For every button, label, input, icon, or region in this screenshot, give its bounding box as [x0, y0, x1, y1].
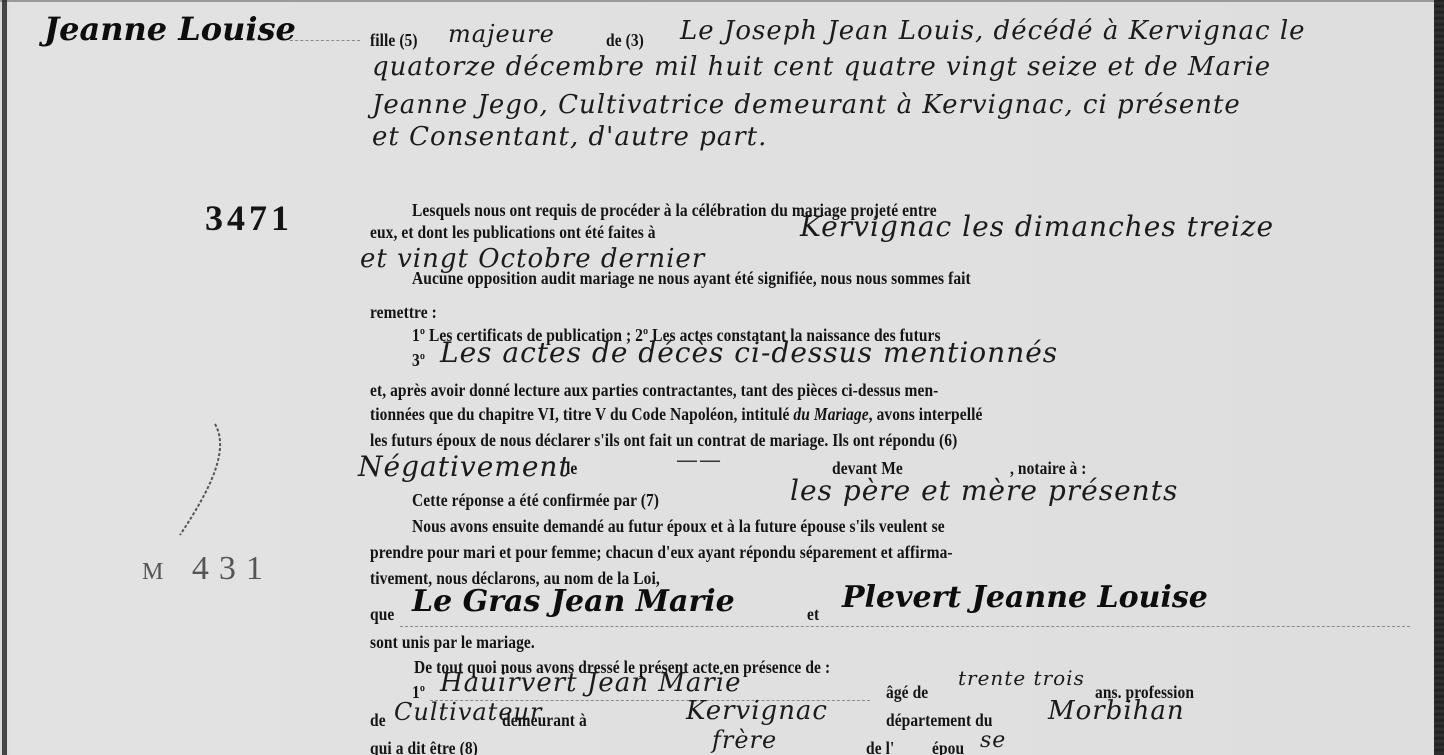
print-age-de: âgé de: [886, 682, 928, 703]
witness-name: Hauirvert Jean Marie: [440, 668, 741, 698]
page-binding-edge: [1434, 0, 1444, 755]
print-de-2: de: [370, 710, 386, 731]
print-line13: tionnées que du chapitre VI, titre V du …: [370, 404, 982, 425]
print-qui-a-dit: qui a dit être (8): [370, 738, 478, 755]
print-line13a: tionnées que du chapitre VI, titre V du …: [370, 404, 789, 424]
hand-line2: quatorze décembre mil huit cent quatre v…: [372, 52, 1271, 82]
print-et: et: [807, 604, 819, 625]
print-line18: prendre pour mari et pour femme; chacun …: [370, 542, 953, 563]
print-fille: fille (5): [370, 30, 418, 51]
print-epou: épou: [932, 738, 964, 755]
print-line8: Aucune opposition audit mariage ne nous …: [412, 268, 971, 289]
print-3o: 3º: [412, 350, 425, 371]
print-que: que: [370, 604, 394, 625]
hand-line4: et Consentant, d'autre part.: [372, 122, 767, 152]
archive-stamp: M 431: [142, 550, 273, 588]
left-margin-rule: [2, 0, 7, 755]
print-line17: Nous avons ensuite demandé au futur épou…: [412, 516, 945, 537]
witness-age: trente trois: [958, 666, 1085, 690]
hand-father: Le Joseph Jean Louis, décédé à Kervignac…: [680, 16, 1306, 46]
witness-department: Morbihan: [1048, 696, 1185, 726]
stamp-number: 431: [192, 550, 273, 587]
print-line12: et, après avoir donné lecture aux partie…: [370, 380, 938, 401]
witness-residence: Kervignac: [686, 696, 828, 726]
print-de-l: de l': [866, 738, 894, 755]
hand-line3: Jeanne Jego, Cultivatrice demeurant à Ke…: [372, 90, 1241, 120]
bride-name: Plevert Jeanne Louise: [842, 580, 1208, 615]
names-dotted-rule: [400, 626, 1410, 627]
stamp-prefix: M: [142, 559, 173, 585]
print-departement: département du: [886, 710, 993, 731]
print-line6: eux, et dont les publications ont été fa…: [370, 222, 656, 243]
hand-publication-place: Kervignac les dimanches treize: [800, 210, 1274, 243]
margin-dotted-rule: [290, 40, 360, 41]
hand-negativement: Négativement: [358, 450, 571, 483]
witness-relation: frère: [712, 726, 777, 754]
print-line21: sont unis par le mariage.: [370, 632, 535, 653]
top-edge: [0, 0, 1444, 2]
hand-dash: ——: [676, 448, 722, 473]
print-line13b: , avons interpellé: [869, 404, 983, 424]
margin-bride-name: Jeanne Louise: [44, 10, 296, 48]
hand-se: se: [980, 728, 1006, 753]
register-page: Jeanne Louise 3471 M 431 fille (5) majeu…: [0, 0, 1444, 755]
print-line14: les futurs époux de nous déclarer s'ils …: [370, 430, 957, 451]
act-number: 3471: [205, 197, 293, 239]
print-du-mariage: du Mariage: [793, 404, 868, 424]
print-demeurant: demeurant à: [502, 710, 587, 731]
print-line16: Cette réponse a été confirmée par (7): [412, 490, 659, 511]
margin-pen-stroke: [170, 420, 230, 540]
print-le: le: [566, 458, 577, 479]
groom-name: Le Gras Jean Marie: [412, 584, 735, 619]
print-de: de (3): [606, 30, 644, 51]
hand-parents-present: les père et mère présents: [790, 474, 1178, 507]
hand-death-acts: Les actes de décès ci-dessus mentionnés: [440, 336, 1058, 369]
hand-majeure: majeure: [448, 20, 555, 48]
print-line9: remettre :: [370, 302, 437, 323]
